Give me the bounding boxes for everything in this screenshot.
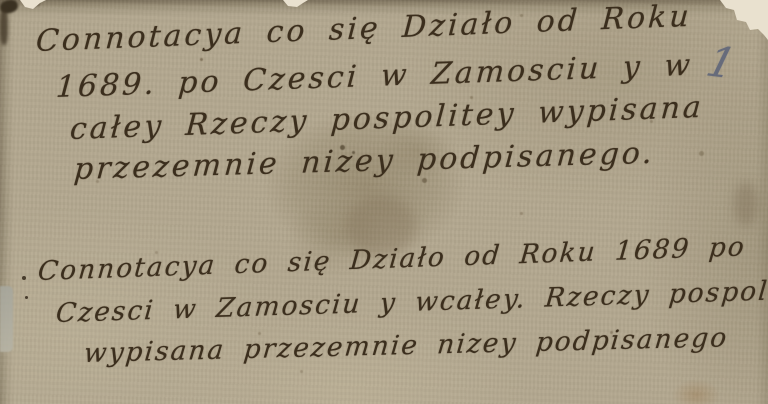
binding-residue-mark bbox=[0, 0, 19, 15]
manuscript-paper: Connotacya co się Działo od Roku 1689. p… bbox=[0, 0, 768, 404]
page-number-annotation: 1 bbox=[702, 37, 741, 88]
handwritten-line-body-3: wypisana przezemnie nizey podpisanego bbox=[82, 322, 729, 369]
foxing-specks bbox=[0, 0, 3, 3]
manuscript-scan: Connotacya co się Działo od Roku 1689. p… bbox=[0, 0, 768, 404]
binding-residue-mark bbox=[0, 9, 8, 45]
left-edge-repair-patch bbox=[0, 286, 13, 352]
right-edge-smudge bbox=[734, 182, 758, 226]
ink-dot bbox=[25, 296, 28, 299]
binding-residue-mark bbox=[25, 0, 40, 7]
ink-dot bbox=[22, 276, 26, 280]
